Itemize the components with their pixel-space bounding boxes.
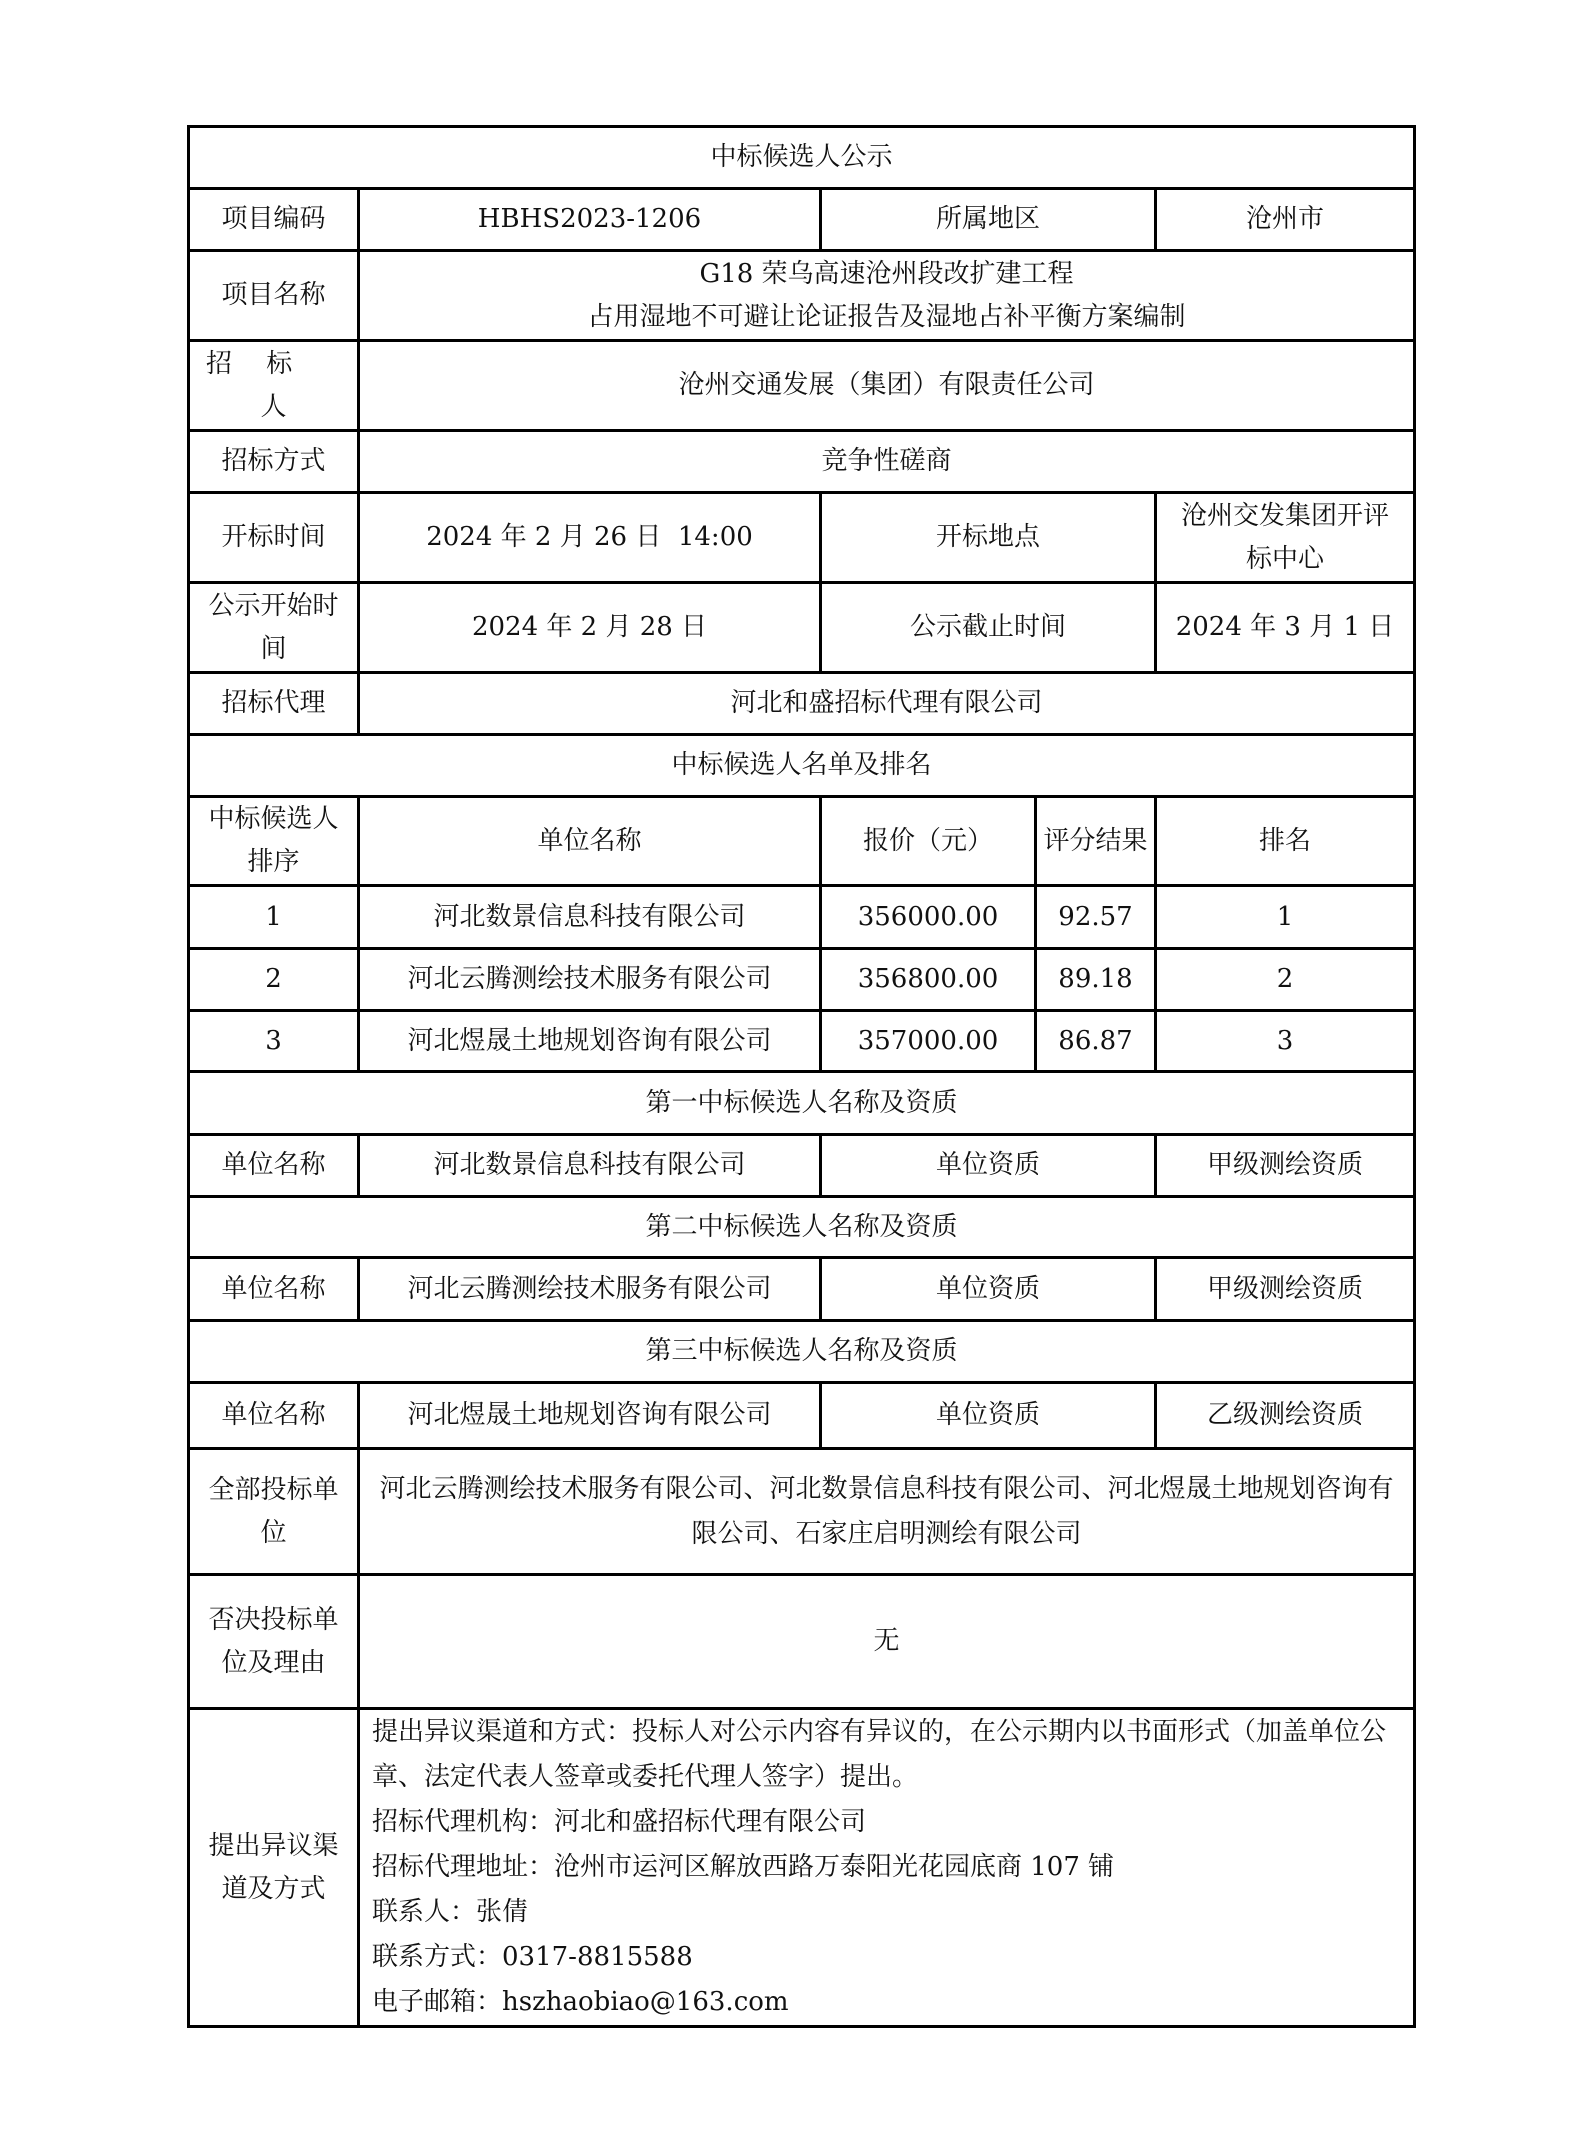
project-name-line-2: 占用湿地不可避让论证报告及湿地占补平衡方案编制 — [360, 296, 1413, 339]
tenderer-label-line-1: 招 标 — [198, 343, 349, 386]
project-code-row: 项目编码 HBHS2023-1206 所属地区 沧州市 — [189, 189, 1415, 251]
objection-agency-text: 招标代理机构：河北和盛招标代理有限公司 — [372, 1800, 1401, 1845]
bid-opening-row: 开标时间 2024 年 2 月 26 日 14:00 开标地点 沧州交发集团开评… — [189, 493, 1415, 583]
candidate-price: 356800.00 — [821, 949, 1036, 1011]
all-bidders-value: 河北云腾测绘技术服务有限公司、河北数景信息科技有限公司、河北煜晟土地规划咨询有限… — [359, 1449, 1415, 1575]
objection-email: 电子邮箱：hszhaobiao@163.com — [372, 1980, 1401, 2025]
candidates-header-row: 中标候选人排序 单位名称 报价（元） 评分结果 排名 — [189, 797, 1415, 886]
third-candidate-row: 单位名称 河北煜晟土地规划咨询有限公司 单位资质 乙级测绘资质 — [189, 1383, 1415, 1449]
second-candidate-title: 第二中标候选人名称及资质 — [189, 1197, 1415, 1258]
project-name-label: 项目名称 — [189, 251, 359, 341]
candidates-section-title: 中标候选人名单及排名 — [189, 735, 1415, 797]
tenderer-value: 沧州交通发展（集团）有限责任公司 — [359, 341, 1415, 431]
rejected-value: 无 — [359, 1575, 1415, 1709]
candidate-price: 356000.00 — [821, 886, 1036, 949]
candidate-name: 河北数景信息科技有限公司 — [359, 886, 821, 949]
project-name-line-1: G18 荣乌高速沧州段改扩建工程 — [360, 253, 1413, 296]
all-bidders-row: 全部投标单位 河北云腾测绘技术服务有限公司、河北数景信息科技有限公司、河北煜晟土… — [189, 1449, 1415, 1575]
second-candidate-row: 单位名称 河北云腾测绘技术服务有限公司 单位资质 甲级测绘资质 — [189, 1258, 1415, 1321]
rejected-label: 否决投标单位及理由 — [189, 1575, 359, 1709]
tenderer-label-line-2: 人 — [198, 386, 349, 429]
bid-method-value: 竞争性磋商 — [359, 431, 1415, 493]
opening-time-label: 开标时间 — [189, 493, 359, 583]
table-title: 中标候选人公示 — [189, 127, 1415, 189]
region-label: 所属地区 — [821, 189, 1156, 251]
candidate-score: 89.18 — [1036, 949, 1156, 1011]
candidate-price: 357000.00 — [821, 1011, 1036, 1072]
project-code-label: 项目编码 — [189, 189, 359, 251]
unit-qual-label: 单位资质 — [821, 1135, 1156, 1197]
header-name: 单位名称 — [359, 797, 821, 886]
rejected-row: 否决投标单位及理由 无 — [189, 1575, 1415, 1709]
unit-qual-value: 乙级测绘资质 — [1156, 1383, 1415, 1449]
agency-label: 招标代理 — [189, 673, 359, 735]
opening-place-label: 开标地点 — [821, 493, 1156, 583]
bid-method-row: 招标方式 竞争性磋商 — [189, 431, 1415, 493]
announcement-table: 中标候选人公示 项目编码 HBHS2023-1206 所属地区 沧州市 项目名称… — [187, 125, 1413, 2017]
project-code-value: HBHS2023-1206 — [359, 189, 821, 251]
region-value: 沧州市 — [1156, 189, 1415, 251]
objection-details: 提出异议渠道和方式：投标人对公示内容有异议的，在公示期内以书面形式（加盖单位公章… — [359, 1709, 1415, 2027]
candidate-order: 2 — [189, 949, 359, 1011]
project-name-row: 项目名称 G18 荣乌高速沧州段改扩建工程 占用湿地不可避让论证报告及湿地占补平… — [189, 251, 1415, 341]
unit-qual-label: 单位资质 — [821, 1383, 1156, 1449]
objection-method-text: 提出异议渠道和方式：投标人对公示内容有异议的，在公示期内以书面形式（加盖单位公章… — [372, 1710, 1401, 1800]
third-candidate-title: 第三中标候选人名称及资质 — [189, 1321, 1415, 1383]
candidate-row: 1 河北数景信息科技有限公司 356000.00 92.57 1 — [189, 886, 1415, 949]
unit-name-value: 河北煜晟土地规划咨询有限公司 — [359, 1383, 821, 1449]
project-name-value: G18 荣乌高速沧州段改扩建工程 占用湿地不可避让论证报告及湿地占补平衡方案编制 — [359, 251, 1415, 341]
agency-row: 招标代理 河北和盛招标代理有限公司 — [189, 673, 1415, 735]
candidate-row: 3 河北煜晟土地规划咨询有限公司 357000.00 86.87 3 — [189, 1011, 1415, 1072]
all-bidders-label: 全部投标单位 — [189, 1449, 359, 1575]
candidate-rank: 3 — [1156, 1011, 1415, 1072]
publicity-start-value: 2024 年 2 月 28 日 — [359, 583, 821, 673]
candidate-rank: 1 — [1156, 886, 1415, 949]
objection-address-text: 招标代理地址：沧州市运河区解放西路万泰阳光花园底商 107 铺 — [372, 1845, 1401, 1890]
objection-label: 提出异议渠道及方式 — [189, 1709, 359, 2027]
candidate-score: 92.57 — [1036, 886, 1156, 949]
candidate-order: 1 — [189, 886, 359, 949]
candidate-rank: 2 — [1156, 949, 1415, 1011]
tenderer-row: 招 标 人 沧州交通发展（集团）有限责任公司 — [189, 341, 1415, 431]
unit-name-value: 河北数景信息科技有限公司 — [359, 1135, 821, 1197]
objection-phone: 联系方式：0317-8815588 — [372, 1935, 1401, 1980]
candidate-row: 2 河北云腾测绘技术服务有限公司 356800.00 89.18 2 — [189, 949, 1415, 1011]
first-candidate-title: 第一中标候选人名称及资质 — [189, 1072, 1415, 1135]
header-rank: 排名 — [1156, 797, 1415, 886]
header-order: 中标候选人排序 — [189, 797, 359, 886]
unit-name-label: 单位名称 — [189, 1135, 359, 1197]
publicity-end-value: 2024 年 3 月 1 日 — [1156, 583, 1415, 673]
opening-time-value: 2024 年 2 月 26 日 14:00 — [359, 493, 821, 583]
bid-method-label: 招标方式 — [189, 431, 359, 493]
candidate-score: 86.87 — [1036, 1011, 1156, 1072]
unit-name-label: 单位名称 — [189, 1258, 359, 1321]
tenderer-label: 招 标 人 — [189, 341, 359, 431]
first-candidate-row: 单位名称 河北数景信息科技有限公司 单位资质 甲级测绘资质 — [189, 1135, 1415, 1197]
unit-qual-value: 甲级测绘资质 — [1156, 1135, 1415, 1197]
publicity-start-label: 公示开始时间 — [189, 583, 359, 673]
unit-name-label: 单位名称 — [189, 1383, 359, 1449]
candidate-order: 3 — [189, 1011, 359, 1072]
publicity-row: 公示开始时间 2024 年 2 月 28 日 公示截止时间 2024 年 3 月… — [189, 583, 1415, 673]
unit-qual-label: 单位资质 — [821, 1258, 1156, 1321]
objection-contact-person: 联系人：张倩 — [372, 1890, 1401, 1935]
candidate-name: 河北煜晟土地规划咨询有限公司 — [359, 1011, 821, 1072]
agency-value: 河北和盛招标代理有限公司 — [359, 673, 1415, 735]
unit-qual-value: 甲级测绘资质 — [1156, 1258, 1415, 1321]
publicity-end-label: 公示截止时间 — [821, 583, 1156, 673]
header-score: 评分结果 — [1036, 797, 1156, 886]
unit-name-value: 河北云腾测绘技术服务有限公司 — [359, 1258, 821, 1321]
header-price: 报价（元） — [821, 797, 1036, 886]
candidate-name: 河北云腾测绘技术服务有限公司 — [359, 949, 821, 1011]
objection-row: 提出异议渠道及方式 提出异议渠道和方式：投标人对公示内容有异议的，在公示期内以书… — [189, 1709, 1415, 2027]
opening-place-value: 沧州交发集团开评标中心 — [1156, 493, 1415, 583]
